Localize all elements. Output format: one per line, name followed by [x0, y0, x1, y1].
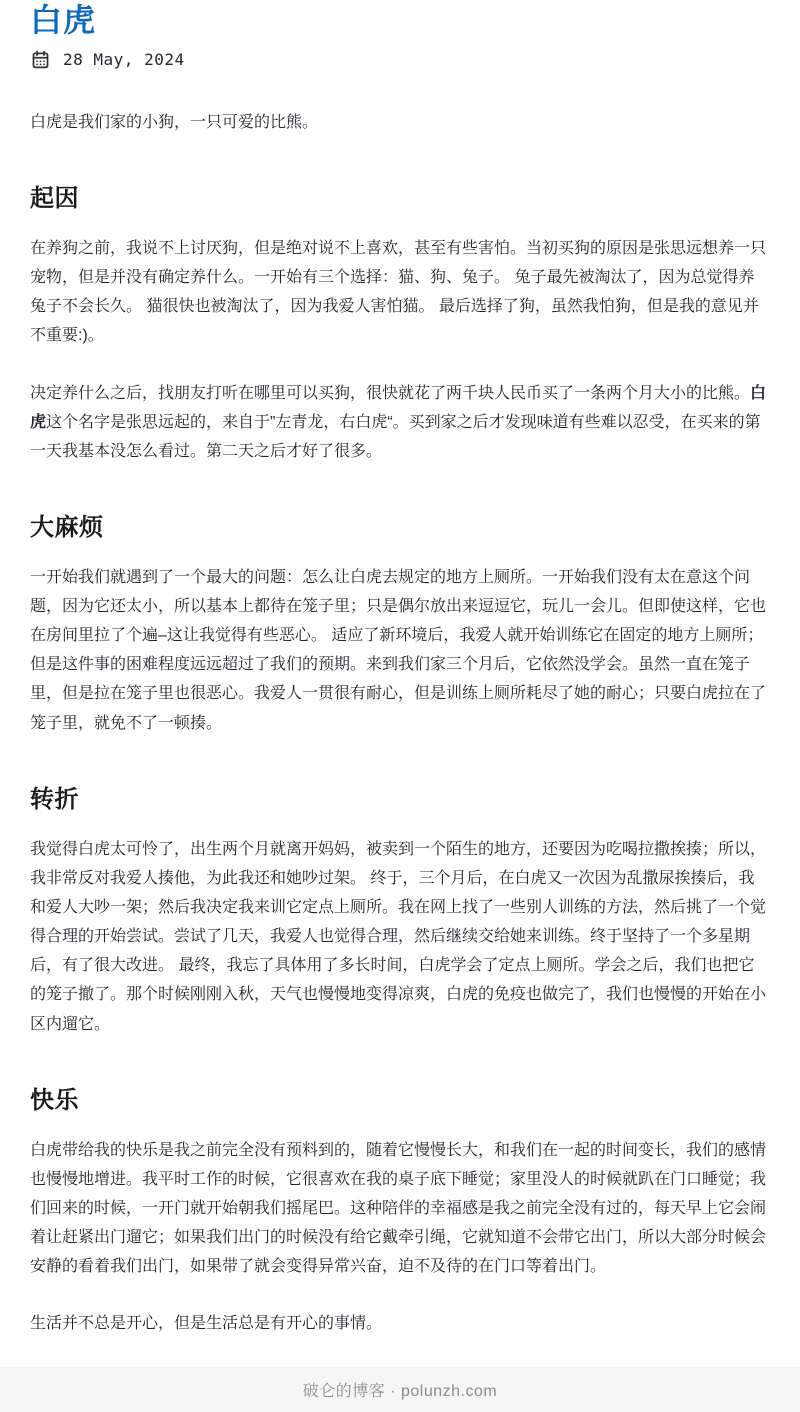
section-joy: 快乐 白虎带给我的快乐是我之前完全没有预料到的，随着它慢慢长大，和我们在一起的时…: [30, 1085, 770, 1339]
section-trouble: 大麻烦 一开始我们就遇到了一个最大的问题：怎么让白虎去规定的地方上厕所。一开始我…: [30, 512, 770, 738]
calendar-icon: [30, 49, 51, 70]
section-turning: 转折 我觉得白虎太可怜了，出生两个月就离开妈妈，被卖到一个陌生的地方，还要因为吃…: [30, 784, 770, 1039]
turning-paragraph: 我觉得白虎太可怜了，出生两个月就离开妈妈，被卖到一个陌生的地方，还要因为吃喝拉撒…: [30, 835, 770, 1039]
footer-site-link[interactable]: 破仑的博客 · polunzh.com: [303, 1378, 497, 1401]
section-heading-turning: 转折: [30, 784, 770, 815]
page-title: 白虎: [30, 2, 770, 39]
trouble-paragraph: 一开始我们就遇到了一个最大的问题：怎么让白虎去规定的地方上厕所。一开始我们没有太…: [30, 563, 770, 738]
post-article: 白虎 28 May, 2024 白虎是我们家的小狗，一只可爱的比熊。: [0, 0, 800, 1367]
joy-paragraph-1: 白虎带给我的快乐是我之前完全没有预料到的，随着它慢慢长大，和我们在一起的时间变长…: [30, 1136, 770, 1282]
post-meta-row: 28 May, 2024: [30, 49, 770, 70]
post-date: 28 May, 2024: [63, 50, 185, 69]
section-heading-trouble: 大麻烦: [30, 512, 770, 543]
intro-paragraph: 白虎是我们家的小狗，一只可爱的比熊。: [30, 108, 770, 137]
site-footer: 破仑的博客 · polunzh.com: [0, 1367, 800, 1412]
blog-post-page: 白虎 28 May, 2024 白虎是我们家的小狗，一只可爱的比熊。: [0, 0, 800, 1412]
cause-paragraph-1: 在养狗之前，我说不上讨厌狗，但是绝对说不上喜欢，甚至有些害怕。当初买狗的原因是张…: [30, 234, 770, 350]
section-heading-cause: 起因: [30, 183, 770, 214]
cause-paragraph-2: 决定养什么之后，找朋友打听在哪里可以买狗，很快就花了两千块人民币买了一条两个月大…: [30, 379, 770, 466]
section-heading-joy: 快乐: [30, 1085, 770, 1116]
joy-paragraph-2: 生活并不总是开心，但是生活总是有开心的事情。: [30, 1309, 770, 1338]
cause-paragraph-2-text-after: 这个名字是张思远起的，来自于”左青龙，右白虎“。买到家之后才发现味道有些难以忍受…: [30, 414, 761, 460]
section-cause: 起因 在养狗之前，我说不上讨厌狗，但是绝对说不上喜欢，甚至有些害怕。当初买狗的原…: [30, 183, 770, 466]
cause-paragraph-2-text-before: 决定养什么之后，找朋友打听在哪里可以买狗，很快就花了两千块人民币买了一条两个月大…: [30, 385, 750, 402]
